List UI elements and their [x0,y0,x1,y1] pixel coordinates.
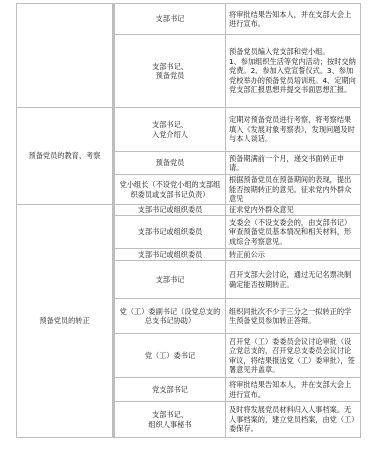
stage-cell [17,4,114,108]
task-cell: 及时将发展党员材料归入人事档案。无人事档案的，建立党员档案，由党（工）委保存。 [226,402,361,438]
responsible-cell: 党支部书记 [114,378,226,402]
responsible-cell: 预备党员 [114,152,226,175]
task-text: 召开支部大会讨论，通过无记名票决制确定能否按期转正。 [229,270,357,289]
task-cell: 支委会（不设支委会的，由支部书记）审查预备党员基本情况和相关材料，形成综合考察意… [226,216,361,249]
responsible-cell: 支部书记或组织委员 [114,205,226,216]
responsible-text: 党支部书记 [118,385,222,394]
responsible-cell: 支部书记 [114,4,226,35]
responsible-text: 支部书记、 入党介绍人 [118,120,222,139]
task-cell: 将审批结果告知本人，并在支部大会上进行宣布。 [226,378,361,402]
responsible-text: 支部书记、 预备党员 [118,62,222,81]
table-row: 支部书记 将审批结果告知本人，并在支部大会上进行宣布。 [17,4,361,35]
responsible-text: 党（工）委副书记（设党总支的总支书记协助） [118,307,222,326]
task-text: 征求党内外群众意见 [229,205,357,214]
responsible-text: 支部书记或组织委员 [118,227,222,236]
task-text: 根据预备党员在预备期间的表现，提出能否按期转正的意见。征求党内外群众意见 [229,175,357,203]
responsible-text: 支部书记 [118,14,222,23]
task-cell: 转正前公示 [226,249,361,261]
task-cell: 召开支部大会讨论，通过无记名票决制确定能否按期转正。 [226,261,361,299]
responsible-cell: 党（工）委副书记（设党总支的总支书记协助） [114,299,226,334]
task-cell: 将审批结果告知本人，并在支部大会上进行宣布。 [226,4,361,35]
responsible-text: 支部书记 [118,275,222,284]
task-text: 及时将发展党员材料归入人事档案。无人事档案的，建立党员档案，由党（工）委保存。 [229,405,357,433]
task-cell: 根据预备党员在预备期间的表现，提出能否按期转正的意见。征求党内外群众意见 [226,175,361,205]
table-row: 预备党员的转正 支部书记或组织委员 征求党内外群众意见 [17,205,361,216]
responsible-cell: 支部书记 [114,261,226,299]
responsible-text: 支部书记或组织委员 [118,205,222,214]
task-text: 支委会（不设支委会的，由支部书记）审查预备党员基本情况和相关材料，形成综合考察意… [229,218,357,246]
task-cell: 预备期满前一个月，递交书面转正申请。 [226,152,361,175]
task-cell: 召开党（工）委委员会议讨论审批（设立党总支的，召开党总支委员会议讨论审议，将结果… [226,334,361,378]
stage-cell: 预备党员的转正 [17,205,114,438]
party-member-process-table: 支部书记 将审批结果告知本人，并在支部大会上进行宣布。 支部书记、 预备党员 预… [16,3,361,438]
responsible-cell: 党小组长（不设党小组的支部组织委员或支部书记负责） [114,175,226,205]
task-text: 预备期满前一个月，递交书面转正申请。 [229,154,357,173]
task-text: 转正前公示 [229,250,357,259]
task-text: 召开党（工）委委员会议讨论审批（设立党总支的，召开党总支委员会议讨论审议，将结果… [229,337,357,375]
stage-cell: 预备党员的教育、考察 [17,108,114,205]
task-text: 定期对预备党员进行考察，将考察结果填入《发展对象考察表》，发现问题及时与本人谈话… [229,115,357,143]
responsible-cell: 党（工）委书记 [114,334,226,378]
responsible-cell: 支部书记、 入党介绍人 [114,108,226,152]
responsible-text: 预备党员 [118,158,222,167]
task-text: 组织同批次不少于三分之一拟转正的学生预备党员参加转正答辩。 [229,307,357,326]
task-cell: 预备党员编入党支部和党小组。 1、参加组织生活等党内活动；按时交纳党费。2、参加… [226,35,361,108]
responsible-cell: 支部书记、 组织人事秘书 [114,402,226,438]
responsible-cell: 支部书记或组织委员 [114,249,226,261]
task-cell: 定期对预备党员进行考察，将考察结果填入《发展对象考察表》，发现问题及时与本人谈话… [226,108,361,152]
task-text: 将审批结果告知本人，并在支部大会上进行宣布。 [229,380,357,399]
task-cell: 组织同批次不少于三分之一拟转正的学生预备党员参加转正答辩。 [226,299,361,334]
responsible-text: 党小组长（不设党小组的支部组织委员或支部书记负责） [118,180,222,199]
responsible-text: 支部书记、 组织人事秘书 [118,410,222,429]
responsible-text: 党（工）委书记 [118,351,222,360]
table-row: 预备党员的教育、考察 支部书记、 入党介绍人 定期对预备党员进行考察，将考察结果… [17,108,361,152]
responsible-text: 支部书记或组织委员 [118,250,222,259]
task-text: 预备党员编入党支部和党小组。 1、参加组织生活等党内活动；按时交纳党费。2、参加… [229,47,357,94]
responsible-cell: 支部书记或组织委员 [114,216,226,249]
responsible-cell: 支部书记、 预备党员 [114,35,226,108]
task-cell: 征求党内外群众意见 [226,205,361,216]
task-text: 将审批结果告知本人，并在支部大会上进行宣布。 [229,10,357,29]
